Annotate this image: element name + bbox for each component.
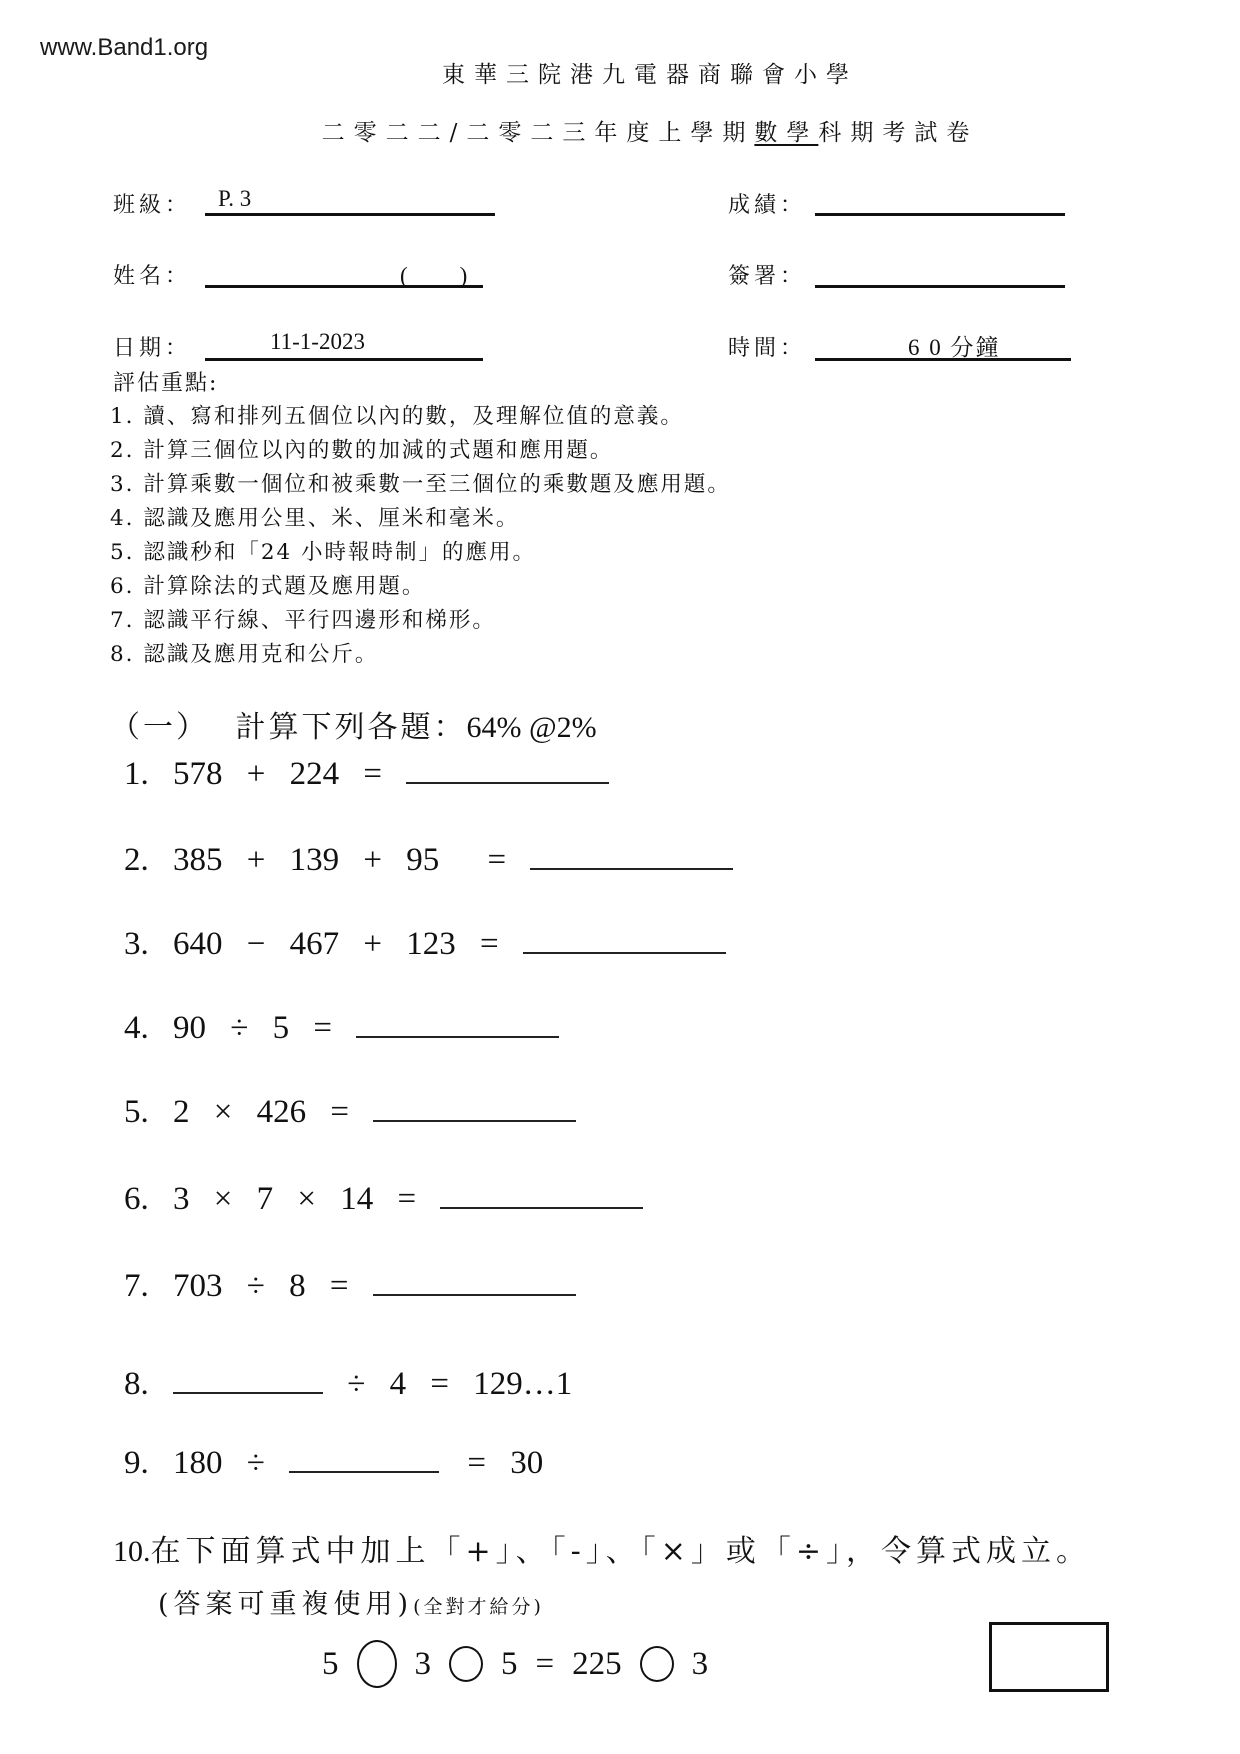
operand: 385 xyxy=(173,842,223,878)
section-heading: （一） 計算下列各題：64% @2% xyxy=(110,702,597,746)
time-value: 6 0 分鐘 xyxy=(908,329,1001,362)
operator: ÷ xyxy=(230,1010,248,1046)
equals-sign: = xyxy=(330,1268,349,1304)
objective-item: 1. 讀、寫和排列五個位以內的數，及理解位值的意義。 xyxy=(110,400,731,434)
quotient-remainder: 129…1 xyxy=(473,1366,572,1402)
question-number: 8. xyxy=(124,1366,149,1402)
date-label: 日期： xyxy=(113,331,191,362)
operand: 3 xyxy=(692,1646,709,1683)
operator-circle-blank[interactable] xyxy=(449,1646,483,1682)
class-number-paren: ( ) xyxy=(400,257,469,290)
objectives-heading: 評估重點: xyxy=(113,366,218,397)
operand: 5 xyxy=(273,1010,290,1046)
score-label: 成績： xyxy=(728,188,806,219)
answer-blank[interactable] xyxy=(173,1366,323,1394)
operator: × xyxy=(214,1181,233,1217)
exam-title-prefix: 二零二二/二零二三年度上學期 xyxy=(322,120,755,146)
equals-sign: = xyxy=(363,756,382,792)
answer-blank[interactable] xyxy=(406,756,609,784)
answer-blank[interactable] xyxy=(523,926,726,954)
operand: 5 xyxy=(322,1646,339,1683)
operand: 3 xyxy=(415,1646,432,1683)
objectives-list: 1. 讀、寫和排列五個位以內的數，及理解位值的意義。 2. 計算三個位以內的數的… xyxy=(110,400,731,672)
section-label: （一） xyxy=(110,710,209,745)
note-text: (答案可重複使用) xyxy=(158,1589,413,1620)
operator: + xyxy=(247,842,266,878)
operand: 703 xyxy=(173,1268,223,1304)
operand: 139 xyxy=(290,842,340,878)
operand: 95 xyxy=(406,842,439,878)
question-4: 4. 90 ÷ 5 = xyxy=(124,1010,575,1047)
answer-blank[interactable] xyxy=(373,1094,576,1122)
answer-blank[interactable] xyxy=(356,1010,559,1038)
equals-sign: = xyxy=(480,926,499,962)
answer-blank[interactable] xyxy=(440,1181,643,1209)
objective-item: 6. 計算除法的式題及應用題。 xyxy=(110,570,731,604)
operand: 90 xyxy=(173,1010,206,1046)
question-number: 1. xyxy=(124,756,149,792)
objective-item: 7. 認識平行線、平行四邊形和梯形。 xyxy=(110,604,731,638)
question-number: 5. xyxy=(124,1094,149,1130)
signature-field[interactable] xyxy=(815,285,1065,288)
question-number: 7. xyxy=(124,1268,149,1304)
section-title: 計算下列各題： xyxy=(236,710,467,745)
question-10-formula: 5 3 5 = 225 3 xyxy=(322,1640,726,1688)
equals-sign: = xyxy=(330,1094,349,1130)
marks-box[interactable] xyxy=(989,1622,1109,1692)
operand: 426 xyxy=(257,1094,307,1130)
class-label: 班級： xyxy=(113,188,191,219)
objective-item: 3. 計算乘數一個位和被乘數一至三個位的乘數題及應用題。 xyxy=(110,468,731,502)
operator: × xyxy=(297,1181,316,1217)
instruction-text: 在下面算式中加上「+」、「-」、「×」或「÷」，令算式成立。 xyxy=(151,1534,1092,1569)
operator-circle-blank[interactable] xyxy=(357,1640,397,1688)
operator-circle-blank[interactable] xyxy=(640,1646,674,1682)
operand: 2 xyxy=(173,1094,190,1130)
class-value: P. 3 xyxy=(218,186,251,212)
score-field[interactable] xyxy=(815,213,1065,216)
operand: 5 xyxy=(501,1646,518,1683)
operand: 180 xyxy=(173,1445,223,1481)
date-field[interactable] xyxy=(205,358,483,361)
equals-sign: = xyxy=(430,1366,449,1402)
operator: × xyxy=(214,1094,233,1130)
exam-title-suffix: 科期考試卷 xyxy=(818,120,978,146)
note-small-text: (全對才給分) xyxy=(413,1596,544,1618)
exam-subject: 數學 xyxy=(754,120,818,146)
name-label: 姓名： xyxy=(113,259,191,290)
operator: + xyxy=(247,756,266,792)
question-10-instruction: 10.在下面算式中加上「+」、「-」、「×」或「÷」，令算式成立。 xyxy=(113,1526,1091,1570)
operator: ÷ xyxy=(347,1366,365,1402)
exam-title: 二零二二/二零二三年度上學期數學科期考試卷 xyxy=(0,114,1240,147)
objective-item: 2. 計算三個位以內的數的加減的式題和應用題。 xyxy=(110,434,731,468)
question-number: 2. xyxy=(124,842,149,878)
question-10-note: (答案可重複使用)(全對才給分) xyxy=(158,1582,544,1621)
operand: 4 xyxy=(390,1366,407,1402)
question-7: 7. 703 ÷ 8 = xyxy=(124,1268,592,1305)
operand: 578 xyxy=(173,756,223,792)
equals-sign: = xyxy=(536,1646,555,1683)
school-name: 東華三院港九電器商聯會小學 xyxy=(0,56,1240,89)
operator: + xyxy=(363,842,382,878)
answer-blank[interactable] xyxy=(373,1268,576,1296)
operator: ÷ xyxy=(247,1445,265,1481)
operand: 225 xyxy=(572,1646,622,1683)
operator: ÷ xyxy=(247,1268,265,1304)
objective-item: 5. 認識秒和「24 小時報時制」的應用。 xyxy=(110,536,731,570)
signature-label: 簽署： xyxy=(728,259,806,290)
operator: − xyxy=(247,926,266,962)
operand: 467 xyxy=(290,926,340,962)
equals-sign: = xyxy=(467,1445,486,1481)
question-5: 5. 2 × 426 = xyxy=(124,1094,592,1131)
operator: + xyxy=(363,926,382,962)
operand: 7 xyxy=(257,1181,274,1217)
section-marks: 64% @2% xyxy=(467,711,597,744)
answer-blank[interactable] xyxy=(530,842,733,870)
operand: 8 xyxy=(289,1268,306,1304)
question-number: 4. xyxy=(124,1010,149,1046)
result: 30 xyxy=(510,1445,543,1481)
operand: 224 xyxy=(290,756,340,792)
time-label: 時間： xyxy=(728,331,806,362)
question-8: 8. ÷ 4 = 129…1 xyxy=(124,1366,588,1403)
date-value: 11-1-2023 xyxy=(270,329,365,355)
equals-sign: = xyxy=(398,1181,417,1217)
question-9: 9. 180 ÷ = 30 xyxy=(124,1445,559,1482)
question-number: 10. xyxy=(113,1535,151,1568)
operand: 14 xyxy=(340,1181,373,1217)
equals-sign: = xyxy=(313,1010,332,1046)
objective-item: 4. 認識及應用公里、米、厘米和毫米。 xyxy=(110,502,731,536)
answer-blank[interactable] xyxy=(289,1445,439,1473)
operand: 123 xyxy=(406,926,456,962)
question-2: 2. 385 + 139 + 95 = xyxy=(124,842,749,879)
question-number: 9. xyxy=(124,1445,149,1481)
question-3: 3. 640 − 467 + 123 = xyxy=(124,926,742,963)
question-number: 6. xyxy=(124,1181,149,1217)
objective-item: 8. 認識及應用克和公斤。 xyxy=(110,638,731,672)
class-field[interactable] xyxy=(205,213,495,216)
operand: 640 xyxy=(173,926,223,962)
question-1: 1. 578 + 224 = xyxy=(124,756,625,793)
equals-sign: = xyxy=(488,842,507,878)
question-6: 6. 3 × 7 × 14 = xyxy=(124,1181,659,1218)
operand: 3 xyxy=(173,1181,190,1217)
question-number: 3. xyxy=(124,926,149,962)
